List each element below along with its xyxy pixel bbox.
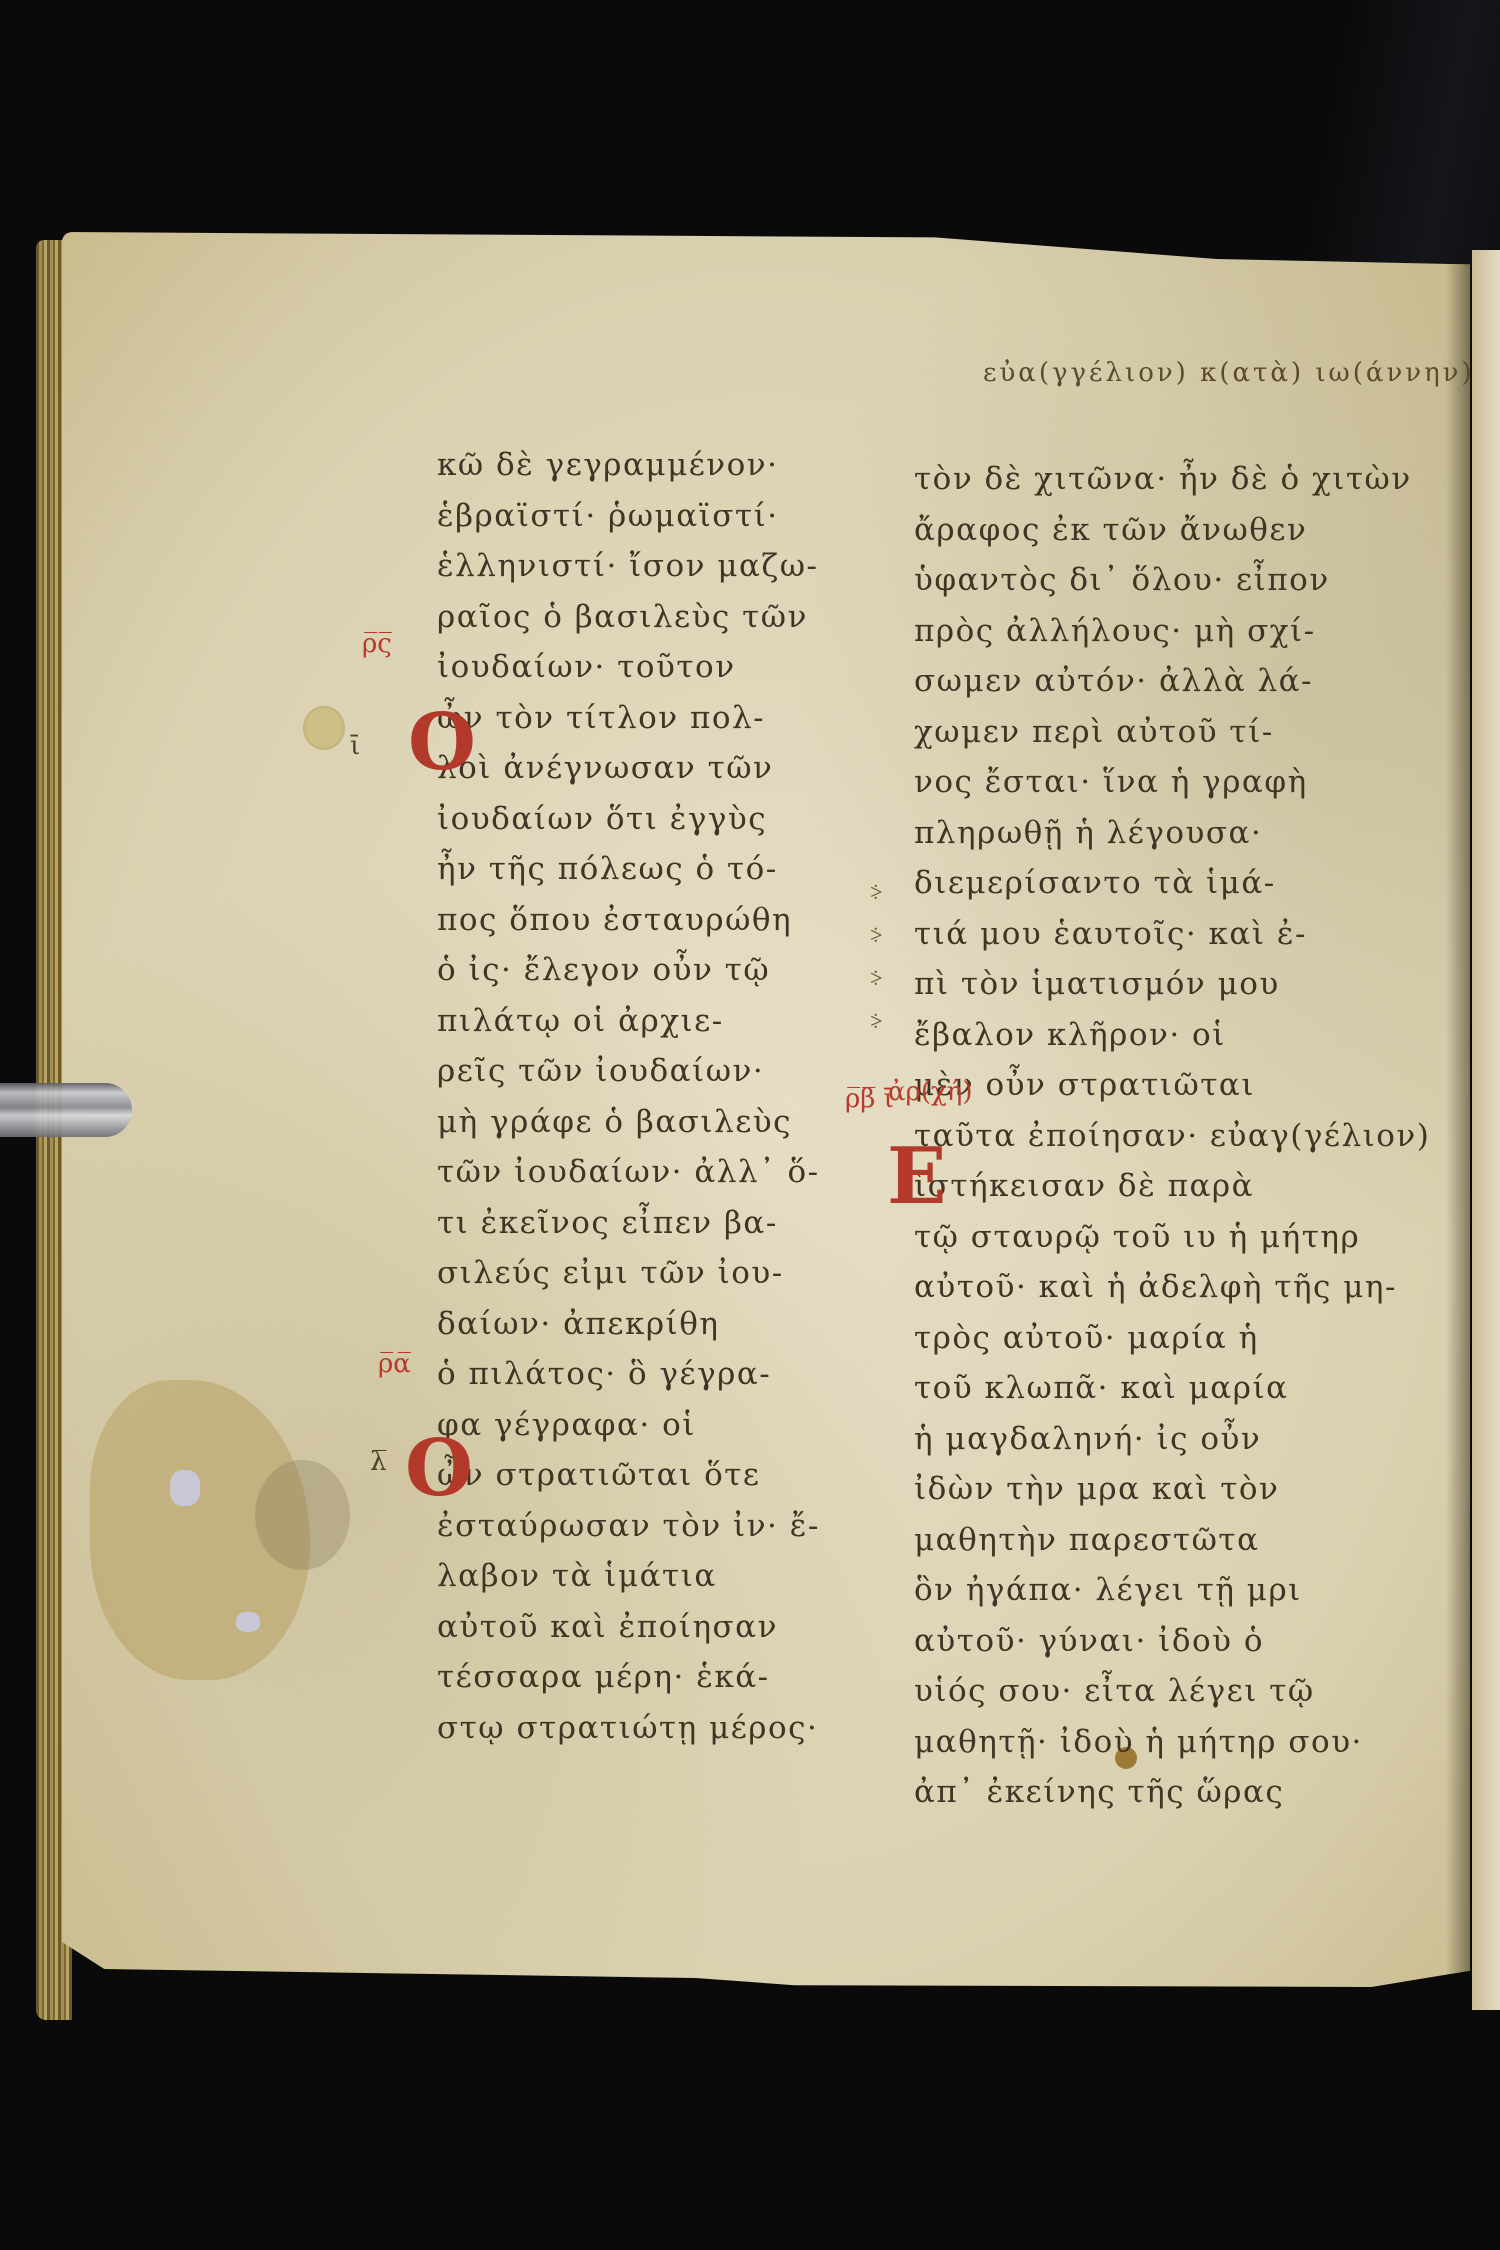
text-line: ἰουδαίων· τοῦτον bbox=[437, 642, 820, 693]
quotation-marks: ⸖ ⸖ ⸖ ⸖ bbox=[870, 872, 883, 1044]
text-line: σιλεύς εἰμι τῶν ἰου- bbox=[437, 1248, 820, 1299]
quotation-mark: ⸖ bbox=[870, 872, 883, 915]
text-line: μαθητῇ· ἰδοὺ ἡ μήτηρ σου· bbox=[914, 1717, 1430, 1768]
lection-start-mark: ἀρ(χή) bbox=[888, 1078, 972, 1106]
section-number: ρ̅β̅ ῑ bbox=[845, 1085, 894, 1113]
text-line: λοὶ ἀνέγνωσαν τῶν bbox=[437, 743, 820, 794]
text-line: ὃν ἠγάπα· λέγει τῇ μρι bbox=[914, 1565, 1430, 1616]
text-line: μαθητὴν παρεστῶτα bbox=[914, 1515, 1430, 1566]
text-line: ὦν στρατιῶται ὅτε bbox=[437, 1450, 820, 1501]
canon-number: ῑ bbox=[350, 732, 360, 760]
quotation-mark: ⸖ bbox=[870, 958, 883, 1001]
text-line: στῳ στρατιώτῃ μέρος· bbox=[437, 1703, 820, 1754]
text-line: τῶν ἰουδαίων· ἀλλ᾽ ὅ- bbox=[437, 1147, 820, 1198]
text-line: μὴ γράφε ὁ βασιλεὺς bbox=[437, 1097, 820, 1148]
text-line: φα γέγραφα· οἱ bbox=[437, 1400, 820, 1451]
parchment-hole bbox=[170, 1470, 200, 1506]
canon-number: λ̅ bbox=[370, 1448, 386, 1476]
rubricated-initial: Ο bbox=[408, 704, 476, 782]
text-column-left: κῶ δὲ γεγραμμένον· ἑβραϊστί· ῥωμαϊστί· ἑ… bbox=[437, 440, 820, 1753]
text-line: αὐτοῦ· γύναι· ἰδοὺ ὁ bbox=[914, 1616, 1430, 1667]
text-line: τιά μου ἑαυτοῖς· καὶ ἐ- bbox=[914, 909, 1430, 960]
text-line: ἑβραϊστί· ῥωμαϊστί· bbox=[437, 491, 820, 542]
text-line: νος ἔσται· ἵνα ἡ γραφὴ bbox=[914, 757, 1430, 808]
text-line: χωμεν περὶ αὐτοῦ τί- bbox=[914, 707, 1430, 758]
text-line: ὦν τὸν τίτλον πολ- bbox=[437, 693, 820, 744]
text-line: αὐτοῦ καὶ ἐποίησαν bbox=[437, 1602, 820, 1653]
section-number: ρ̅ς̅ bbox=[362, 630, 392, 658]
running-title: εὐα(γγέλιον) κ(ατὰ) ιω(άννην) bbox=[983, 358, 1475, 388]
round-stain bbox=[303, 706, 345, 750]
clear-plastic-rod bbox=[0, 1083, 132, 1137]
text-line: ἐσταύρωσαν τὸν ἰν· ἔ- bbox=[437, 1501, 820, 1552]
quotation-mark: ⸖ bbox=[870, 915, 883, 958]
section-number: ρ̅α̅ bbox=[378, 1350, 411, 1378]
text-line: δαίων· ἀπεκρίθη bbox=[437, 1299, 820, 1350]
text-line: ἡ μαγδαληνή· ἰς οὖν bbox=[914, 1414, 1430, 1465]
text-line: τῷ σταυρῷ τοῦ ιυ ἡ μήτηρ bbox=[914, 1212, 1430, 1263]
text-line: πληρωθῇ ἡ λέγουσα· bbox=[914, 808, 1430, 859]
text-line: ρεῖς τῶν ἰουδαίων· bbox=[437, 1046, 820, 1097]
text-line: ἀπ᾽ ἐκείνης τῆς ὥρας bbox=[914, 1767, 1430, 1818]
text-line: σωμεν αὐτόν· ἀλλὰ λά- bbox=[914, 656, 1430, 707]
text-line: τὸν δὲ χιτῶνα· ἦν δὲ ὁ χιτὼν bbox=[914, 454, 1430, 505]
text-line: τοῦ κλωπᾶ· καὶ μαρία bbox=[914, 1363, 1430, 1414]
text-line: ραῖος ὁ βασιλεὺς τῶν bbox=[437, 592, 820, 643]
text-line: λαβον τὰ ἱμάτια bbox=[437, 1551, 820, 1602]
text-line: ὑφαντὸς δι᾽ ὅλου· εἶπον bbox=[914, 555, 1430, 606]
text-line: αὐτοῦ· καὶ ἡ ἀδελφὴ τῆς μη- bbox=[914, 1262, 1430, 1313]
text-line: πὶ τὸν ἱματισμόν μου bbox=[914, 959, 1430, 1010]
text-line: ἦν τῆς πόλεως ὁ τό- bbox=[437, 844, 820, 895]
rubricated-initial: Ο bbox=[405, 1430, 473, 1508]
text-line: κῶ δὲ γεγραμμένον· bbox=[437, 440, 820, 491]
text-line: ὁ ἰς· ἔλεγον οὖν τῷ bbox=[437, 945, 820, 996]
text-line: ταῦτα ἐποίησαν· εὐαγ(γέλιον) bbox=[914, 1111, 1430, 1162]
quotation-mark: ⸖ bbox=[870, 1001, 883, 1044]
text-line: ἱστήκεισαν δὲ παρὰ bbox=[914, 1161, 1430, 1212]
text-line: μὲν οὖν στρατιῶται bbox=[914, 1060, 1430, 1111]
text-line: ἰουδαίων ὅτι ἐγγὺς bbox=[437, 794, 820, 845]
page-gutter-shadow bbox=[1446, 232, 1470, 2032]
rubricated-initial: Ε bbox=[887, 1138, 946, 1216]
parchment-hole bbox=[236, 1612, 260, 1632]
text-line: τέσσαρα μέρη· ἑκά- bbox=[437, 1652, 820, 1703]
text-line: ἔβαλον κλῆρον· οἱ bbox=[914, 1010, 1430, 1061]
facing-page-edge bbox=[1472, 250, 1500, 2010]
text-line: ἑλληνιστί· ἴσον μαζω- bbox=[437, 541, 820, 592]
grey-stain bbox=[255, 1460, 350, 1570]
text-line: πρὸς ἀλλήλους· μὴ σχί- bbox=[914, 606, 1430, 657]
text-line: διεμερίσαντο τὰ ἱμά- bbox=[914, 858, 1430, 909]
text-line: τι ἐκεῖνος εἶπεν βα- bbox=[437, 1198, 820, 1249]
text-column-right: τὸν δὲ χιτῶνα· ἦν δὲ ὁ χιτὼν ἄραφος ἐκ τ… bbox=[914, 454, 1430, 1818]
text-line: υἱός σου· εἶτα λέγει τῷ bbox=[914, 1666, 1430, 1717]
text-line: ἰδὼν τὴν μρα καὶ τὸν bbox=[914, 1464, 1430, 1515]
text-line: ὁ πιλάτος· ὃ γέγρα- bbox=[437, 1349, 820, 1400]
text-line: τρὸς αὐτοῦ· μαρία ἡ bbox=[914, 1313, 1430, 1364]
text-line: πος ὅπου ἐσταυρώθη bbox=[437, 895, 820, 946]
text-line: πιλάτῳ οἱ ἀρχιε- bbox=[437, 996, 820, 1047]
text-line: ἄραφος ἐκ τῶν ἄνωθεν bbox=[914, 505, 1430, 556]
